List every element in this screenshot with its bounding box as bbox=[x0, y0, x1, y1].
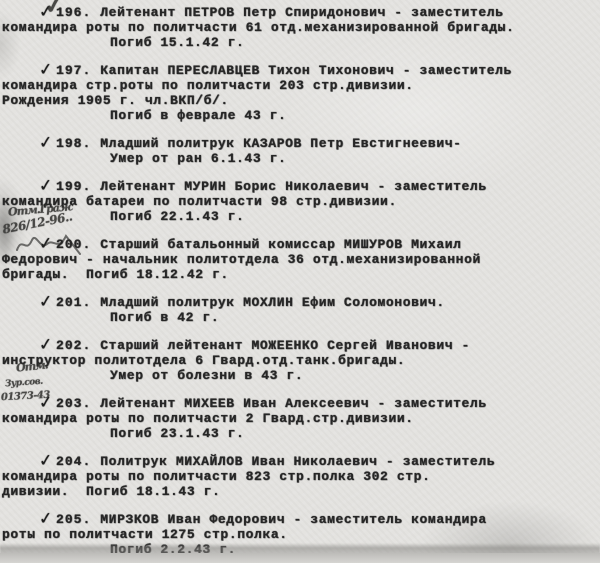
handwritten-scribble-icon bbox=[14, 230, 84, 256]
entry-number: 199. bbox=[56, 179, 91, 194]
list-entry-203: ✓203.Лейтенант МИХЕЕВ Иван Алексеевич - … bbox=[0, 396, 600, 441]
entry-text: Младший политрук МОХЛИН Ефим Соломонович… bbox=[100, 295, 444, 310]
entry-text: Лейтенант МУРИН Борис Николаевич - замес… bbox=[100, 179, 486, 194]
entry-text: Младший политрук КАЗАРОВ Петр Евстигнеев… bbox=[100, 136, 461, 151]
typewritten-list: ✓196.Лейтенант ПЕТРОВ Петр Спиридонович … bbox=[0, 0, 600, 563]
entry-number: 197. bbox=[56, 63, 91, 78]
entry-text: Старший батальонный комиссар МИШУРОВ Мих… bbox=[100, 237, 461, 252]
list-entry-201: ✓201.Младший политрук МОХЛИН Ефим Соломо… bbox=[0, 295, 600, 325]
list-entry-200: ✓200.Старший батальонный комиссар МИШУРО… bbox=[0, 237, 600, 282]
entry-text: командира роты по политчасти 823 стр.пол… bbox=[0, 469, 600, 484]
entry-text: инструктор политотдела 6 Гвард.отд.танк.… bbox=[0, 353, 600, 368]
entry-number: 201. bbox=[56, 295, 91, 310]
scan-background-strip bbox=[0, 553, 600, 563]
entry-text: Капитан ПЕРЕСЛАВЦЕВ Тихон Тихонович - за… bbox=[100, 63, 512, 78]
entry-text: командира стр.роты по политчасти 203 стр… bbox=[0, 78, 600, 93]
entry-text: Лейтенант ПЕТРОВ Петр Спиридонович - зам… bbox=[100, 5, 503, 20]
entry-text: командира батареи по политчасти 98 стр.д… bbox=[0, 194, 600, 209]
checkmark-icon: ✓ bbox=[40, 339, 53, 350]
partial-checkmark-icon: ✓ bbox=[42, 0, 66, 20]
entry-fate: Умер от ран 6.1.43 г. bbox=[0, 151, 600, 166]
entry-number: 202. bbox=[56, 338, 91, 353]
entry-text: командира роты по политчасти 2 Гвард.стр… bbox=[0, 411, 600, 426]
entry-text: Федорович - начальник политотдела 36 отд… bbox=[0, 252, 600, 267]
list-entry-196: ✓196.Лейтенант ПЕТРОВ Петр Спиридонович … bbox=[0, 5, 600, 50]
entry-fate: Погиб 15.1.42 г. bbox=[0, 35, 600, 50]
scanned-document-page: ✓196.Лейтенант ПЕТРОВ Петр Спиридонович … bbox=[0, 0, 600, 563]
checkmark-icon: ✓ bbox=[40, 64, 53, 75]
entry-fate: Погиб в 42 г. bbox=[0, 310, 600, 325]
entry-text: роты по политчасти 1275 стр.полка. bbox=[0, 527, 600, 542]
checkmark-icon: ✓ bbox=[40, 296, 53, 307]
entry-number: 203. bbox=[56, 396, 91, 411]
entry-number: 198. bbox=[56, 136, 91, 151]
entry-text: Рождения 1905 г. чл.ВКП/б/. bbox=[0, 93, 600, 108]
checkmark-icon: ✓ bbox=[40, 513, 53, 524]
entry-number: 204. bbox=[56, 454, 91, 469]
entry-text: Старший лейтенант МОЖЕЕНКО Сергей Иванов… bbox=[100, 338, 470, 353]
entry-text: Лейтенант МИХЕЕВ Иван Алексеевич - замес… bbox=[100, 396, 486, 411]
entry-fate: дивизии. Погиб 18.1.43 г. bbox=[0, 484, 600, 499]
list-entry-202: ✓202.Старший лейтенант МОЖЕЕНКО Сергей И… bbox=[0, 338, 600, 383]
checkmark-icon: ✓ bbox=[40, 180, 53, 191]
entry-fate: бригады. Погиб 18.12.42 г. bbox=[0, 267, 600, 282]
entry-text: командира роты по политчасти 61 отд.меха… bbox=[0, 20, 600, 35]
entry-fate: Погиб 22.1.43 г. bbox=[0, 209, 600, 224]
list-entry-198: ✓198.Младший политрук КАЗАРОВ Петр Евсти… bbox=[0, 136, 600, 166]
entry-fate: Умер от болезни в 43 г. bbox=[0, 368, 600, 383]
checkmark-icon: ✓ bbox=[40, 137, 53, 148]
entry-text: Политрук МИХАЙЛОВ Иван Николаевич - заме… bbox=[100, 454, 495, 469]
entry-number: 205. bbox=[56, 512, 91, 527]
list-entry-204: ✓204.Политрук МИХАЙЛОВ Иван Николаевич -… bbox=[0, 454, 600, 499]
checkmark-icon: ✓ bbox=[40, 455, 53, 466]
entry-fate: Погиб 23.1.43 г. bbox=[0, 426, 600, 441]
entry-text: МИРЗКОВ Иван Федорович - заместитель ком… bbox=[100, 512, 486, 527]
entry-fate: Погиб в феврале 43 г. bbox=[0, 108, 600, 123]
list-entry-197: ✓197.Капитан ПЕРЕСЛАВЦЕВ Тихон Тихонович… bbox=[0, 63, 600, 123]
list-entry-199: ✓199.Лейтенант МУРИН Борис Николаевич - … bbox=[0, 179, 600, 224]
